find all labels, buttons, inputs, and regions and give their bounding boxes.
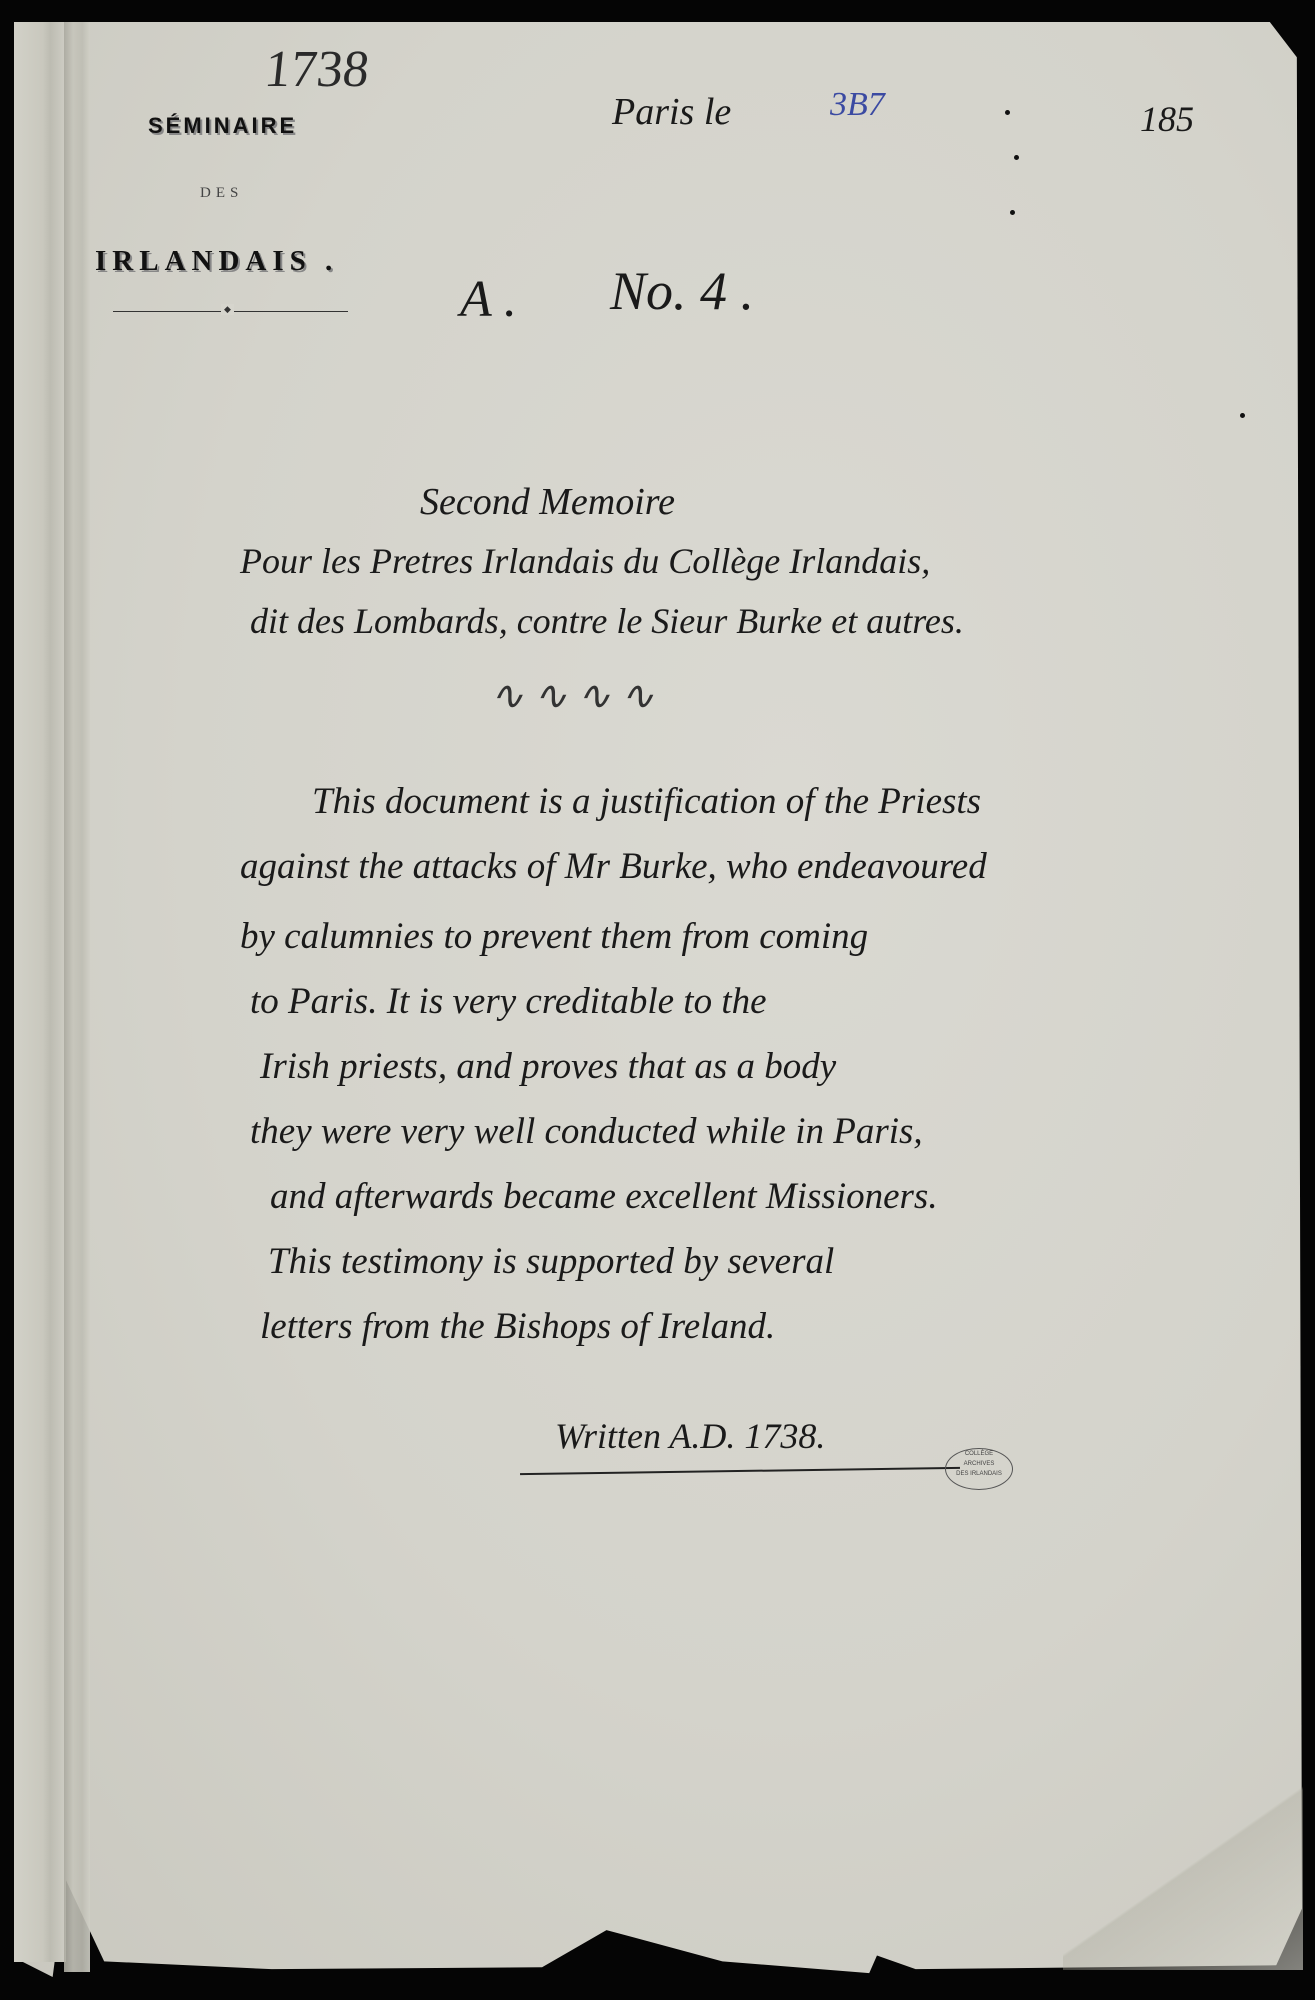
stamp-middle-text: ARCHIVES xyxy=(946,1459,1012,1469)
paper-fold-edge xyxy=(14,22,66,1962)
letterhead-seminaire: SÉMINAIRE xyxy=(148,113,297,139)
title-line-1: Second Memoire xyxy=(420,480,675,524)
title-line-3: dit des Lombards, contre le Sieur Burke … xyxy=(250,600,964,642)
dateline-year: 185 xyxy=(1140,98,1194,140)
title-line-2: Pour les Pretres Irlandais du Collège Ir… xyxy=(240,540,930,582)
body-line: by calumnies to prevent them from coming xyxy=(240,915,868,958)
paper-fold-crease xyxy=(64,22,90,1972)
reference-letter: A . xyxy=(460,270,517,329)
reference-number: No. 4 . xyxy=(610,260,754,322)
letterhead-des: DES xyxy=(200,185,243,202)
body-line: This document is a justification of the … xyxy=(312,780,981,823)
pencil-year-annotation: 1738 xyxy=(262,40,372,99)
title-flourish: ∿ ∿ ∿ ∿ xyxy=(490,672,654,719)
stamp-top-text: COLLÈGE xyxy=(946,1449,1012,1459)
stamp-bottom-text: DES IRLANDAIS xyxy=(946,1469,1012,1479)
body-line: against the attacks of Mr Burke, who end… xyxy=(240,845,987,888)
body-line: and afterwards became excellent Missione… xyxy=(270,1175,938,1218)
body-line: letters from the Bishops of Ireland. xyxy=(260,1305,775,1348)
written-date: Written A.D. 1738. xyxy=(555,1415,825,1457)
ink-dot xyxy=(1014,155,1019,160)
letterhead-ornament-rule xyxy=(113,311,348,312)
body-line: they were very well conducted while in P… xyxy=(250,1110,923,1153)
body-line: to Paris. It is very creditable to the xyxy=(250,980,767,1023)
folded-corner xyxy=(1063,1770,1303,1970)
ink-dot xyxy=(1240,413,1245,418)
dateline-place: Paris le xyxy=(612,90,731,134)
ink-dot xyxy=(1010,210,1015,215)
ink-dot xyxy=(1005,110,1010,115)
body-line: Irish priests, and proves that as a body xyxy=(260,1045,836,1088)
body-line: This testimony is supported by several xyxy=(268,1240,834,1283)
archive-stamp: COLLÈGE ARCHIVES DES IRLANDAIS xyxy=(945,1448,1013,1490)
letterhead-irlandais: IRLANDAIS . xyxy=(95,245,338,278)
blue-ink-mark: 3B7 xyxy=(830,86,885,124)
